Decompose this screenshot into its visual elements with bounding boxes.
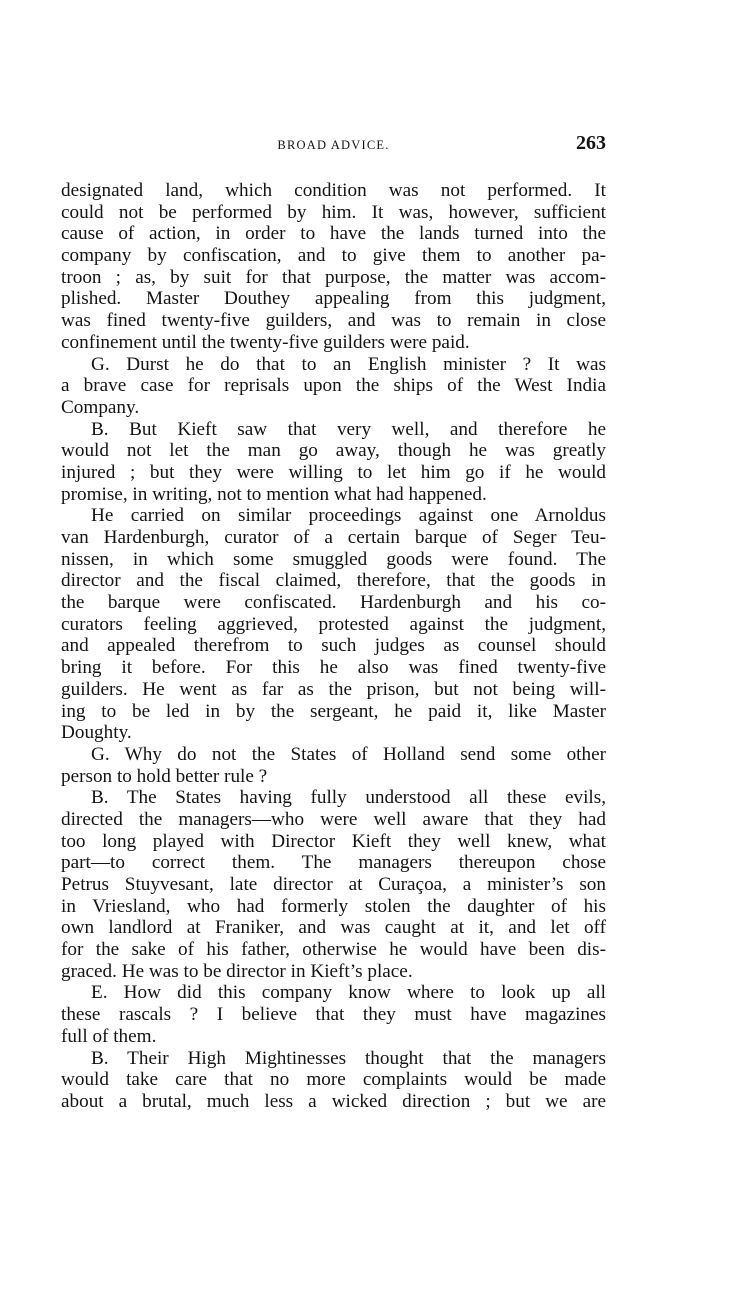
running-header: BROAD ADVICE. 263 [61, 132, 606, 168]
text-line: van Hardenburgh, curator of a certain ba… [61, 527, 606, 549]
text-line: G. Durst he do that to an English minist… [61, 354, 606, 376]
text-line: ing to be led in by the sergeant, he pai… [61, 701, 606, 723]
text-line: bring it before. For this he also was fi… [61, 657, 606, 679]
text-line: Doughty. [61, 722, 606, 744]
text-line: would take care that no more complaints … [61, 1069, 606, 1091]
text-line: B. But Kieft saw that very well, and the… [61, 419, 606, 441]
text-line: graced. He was to be director in Kieft’s… [61, 961, 606, 983]
page-number: 263 [576, 132, 606, 155]
text-line: guilders. He went as far as the prison, … [61, 679, 606, 701]
text-line: B. The States having fully understood al… [61, 787, 606, 809]
text-line: E. How did this company know where to lo… [61, 982, 606, 1004]
text-line: curators feeling aggrieved, protested ag… [61, 614, 606, 636]
text-line: G. Why do not the States of Holland send… [61, 744, 606, 766]
text-line: for the sake of his father, otherwise he… [61, 939, 606, 961]
text-line: Petrus Stuyvesant, late director at Cura… [61, 874, 606, 896]
text-line: cause of action, in order to have the la… [61, 223, 606, 245]
text-line: injured ; but they were willing to let h… [61, 462, 606, 484]
text-line: a brave case for reprisals upon the ship… [61, 375, 606, 397]
text-line: part—to correct them. The managers there… [61, 852, 606, 874]
text-line: Company. [61, 397, 606, 419]
text-line: full of them. [61, 1026, 606, 1048]
running-title: BROAD ADVICE. [61, 138, 606, 153]
text-line: confinement until the twenty-five guilde… [61, 332, 606, 354]
text-line: would not let the man go away, though he… [61, 440, 606, 462]
text-line: could not be performed by him. It was, h… [61, 202, 606, 224]
text-line: was fined twenty-five guilders, and was … [61, 310, 606, 332]
text-line: these rascals ? I believe that they must… [61, 1004, 606, 1026]
text-line: designated land, which condition was not… [61, 180, 606, 202]
text-line: troon ; as, by suit for that purpose, th… [61, 267, 606, 289]
text-line: nissen, in which some smuggled goods wer… [61, 549, 606, 571]
text-line: in Vriesland, who had formerly stolen th… [61, 896, 606, 918]
text-line: person to hold better rule ? [61, 766, 606, 788]
text-line: promise, in writing, not to mention what… [61, 484, 606, 506]
text-line: about a brutal, much less a wicked direc… [61, 1091, 606, 1113]
book-page: BROAD ADVICE. 263 designated land, which… [61, 132, 606, 1113]
text-line: and appealed therefrom to such judges as… [61, 635, 606, 657]
text-line: director and the fiscal claimed, therefo… [61, 570, 606, 592]
text-line: directed the managers—who were well awar… [61, 809, 606, 831]
text-line: B. Their High Mightinesses thought that … [61, 1048, 606, 1070]
text-line: own landlord at Franiker, and was caught… [61, 917, 606, 939]
body-text: designated land, which condition was not… [61, 180, 606, 1113]
text-line: the barque were confiscated. Hardenburgh… [61, 592, 606, 614]
text-line: company by confiscation, and to give the… [61, 245, 606, 267]
text-line: too long played with Director Kieft they… [61, 831, 606, 853]
text-line: plished. Master Douthey appealing from t… [61, 288, 606, 310]
text-line: He carried on similar proceedings agains… [61, 505, 606, 527]
